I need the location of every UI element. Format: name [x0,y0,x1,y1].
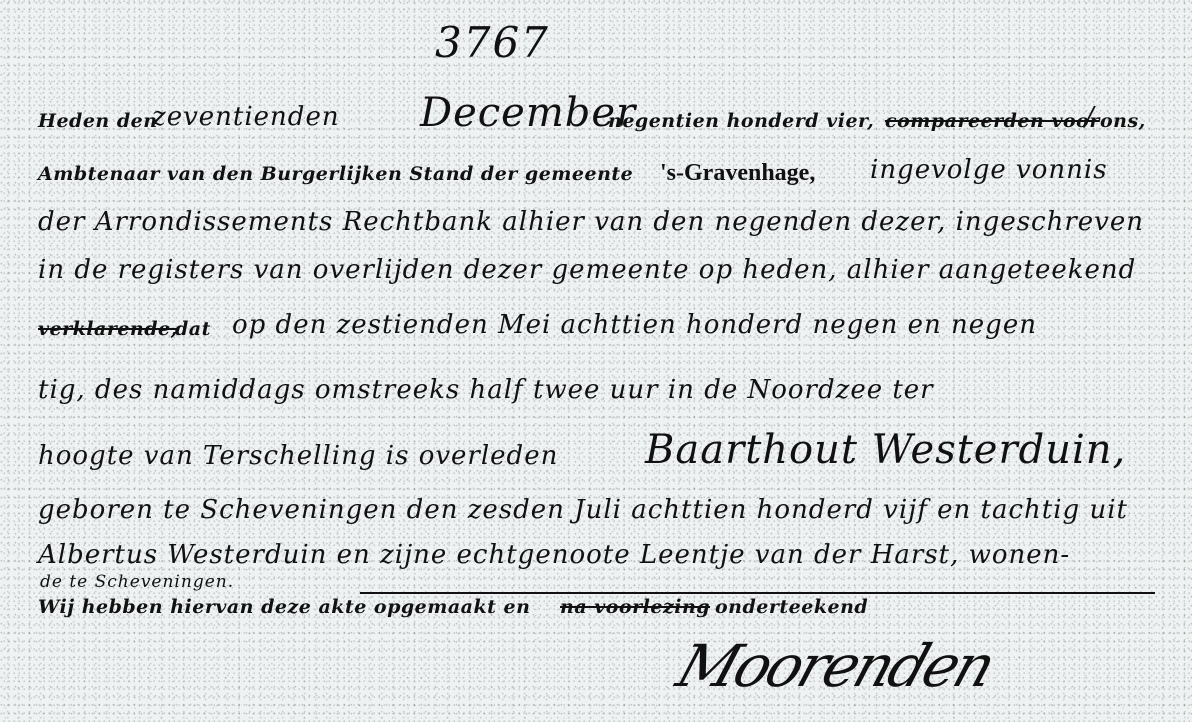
line-2: Ambtenaar van den Burgerlijken Stand der… [0,155,1192,200]
handwritten-text: ingevolge vonnis [870,155,1108,185]
line-6: tig, des namiddags omstreeks half twee u… [0,375,1192,420]
printed-text: ons, [1100,110,1146,132]
struck-text: na voorlezing [560,596,710,618]
municipality-name: 's-Gravenhage, [660,160,815,187]
printed-text: Ambtenaar van den Burgerlijken Stand der… [38,163,633,185]
struck-text: verklarende, [38,318,178,340]
act-number: 3767 [435,18,550,67]
closing-rule [360,592,1155,594]
handwritten-month: December [420,90,636,136]
struck-text: compareerden voor [885,110,1100,132]
line-3: der Arrondissements Rechtbank alhier van… [0,207,1192,252]
handwritten-text: der Arrondissements Rechtbank alhier van… [38,207,1144,237]
line-7: hoogte van Terschelling is overleden Baa… [0,435,1192,485]
handwritten-residence: de te Scheveningen. [40,572,234,592]
scanned-document: 3767 Heden den zeventienden December neg… [0,0,1192,722]
line-4: in de registers van overlijden dezer gem… [0,255,1192,300]
deceased-name: Baarthout Westerduin, [645,427,1126,473]
handwritten-mark: / [1085,102,1095,132]
handwritten-parents: Albertus Westerduin en zijne echtgenoote… [38,540,1070,570]
line-1: Heden den zeventienden December negentie… [0,100,1192,150]
printed-text: Heden den [38,110,158,132]
printed-text: dat [175,318,211,340]
handwritten-text: geboren te Scheveningen den zesden Juli … [38,495,1128,525]
handwritten-date: op den zestienden Mei achttien honderd n… [232,310,1037,340]
handwritten-text: tig, des namiddags omstreeks half twee u… [38,375,934,405]
line-8: geboren te Scheveningen den zesden Juli … [0,495,1192,540]
line-11: Wij hebben hiervan deze akte opgemaakt e… [0,596,1192,626]
printed-year: negentien honderd vier, [608,110,874,132]
printed-text: onderteekend [715,596,868,618]
handwritten-text: hoogte van Terschelling is overleden [38,441,558,471]
handwritten-text: in de registers van overlijden dezer gem… [38,255,1136,285]
printed-text: Wij hebben hiervan deze akte opgemaakt e… [38,596,530,618]
line-5: verklarende, dat op den zestienden Mei a… [0,310,1192,355]
official-signature: Moorenden [669,632,1002,700]
handwritten-day: zeventienden [152,102,340,132]
